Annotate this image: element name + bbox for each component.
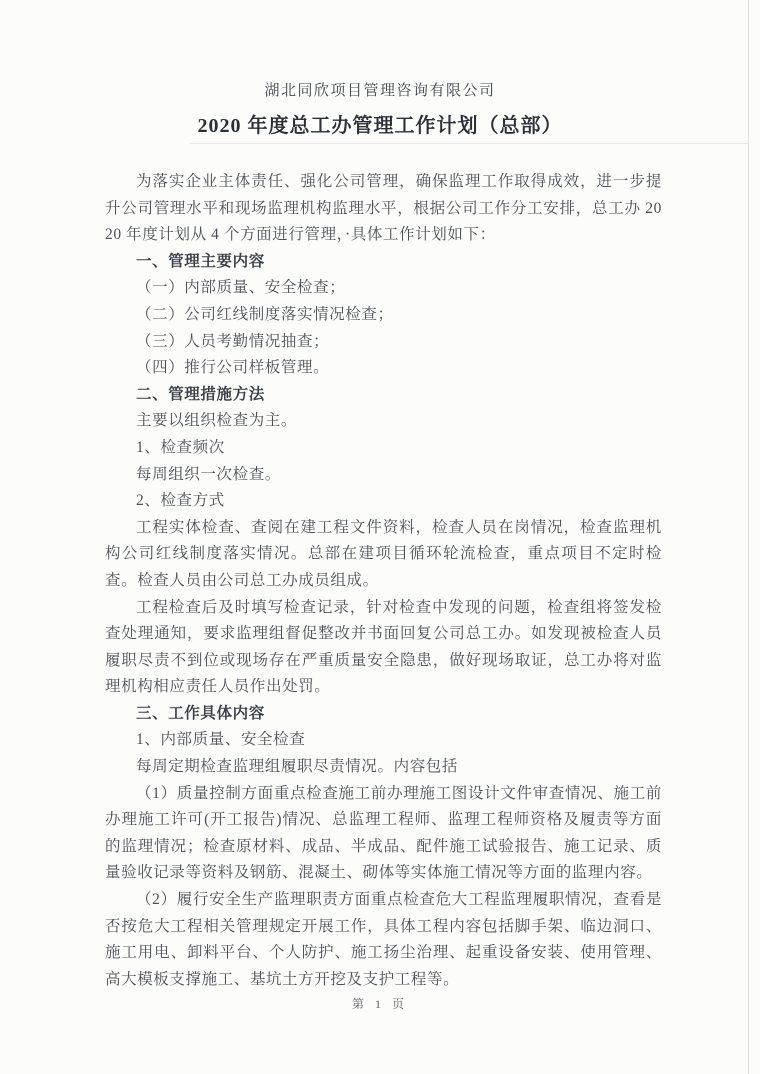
scanned-document-page: 湖北同欣项目管理咨询有限公司 2020 年度总工办管理工作计划（总部） 为落实企…	[0, 0, 760, 1074]
intro-paragraph: 为落实企业主体责任、强化公司管理，确保监理工作取得成效，进一步提升公司管理水平和…	[105, 169, 662, 249]
subsection-3-1-paragraph: （1）质量控制方面重点检查施工前办理施工图设计文件审查情况、施工前办理施工许可(…	[105, 781, 662, 887]
subsection-3-1-paragraph: （2）履行安全生产监理职责方面重点检查危大工程监理履职情况，查看是否按危大工程相…	[105, 887, 662, 993]
subsection-2-2-paragraph: 工程实体检查、查阅在建工程文件资料，检查人员在岗情况，检查监理机构公司红线制度落…	[105, 515, 662, 595]
document-title: 2020 年度总工办管理工作计划（总部）	[0, 112, 760, 140]
company-name: 湖北同欣项目管理咨询有限公司	[0, 82, 760, 101]
document-body: 为落实企业主体责任、强化公司管理，确保监理工作取得成效，进一步提升公司管理水平和…	[105, 169, 662, 993]
section-2-lead: 主要以组织检查为主。	[105, 408, 662, 435]
subsection-2-2-paragraph: 工程检查后及时填写检查记录，针对检查中发现的问题，检查组将签发检查处理通知，要求…	[105, 595, 662, 701]
list-item: （二）公司红线制度落实情况检查；	[105, 302, 662, 329]
section-1-heading: 一、管理主要内容	[105, 249, 662, 276]
subsection-2-1-heading: 1、检查频次	[105, 435, 662, 462]
list-item: （一）内部质量、安全检查；	[105, 275, 662, 302]
subsection-2-1-paragraph: 每周组织一次检查。	[105, 462, 662, 489]
section-3-heading: 三、工作具体内容	[105, 701, 662, 728]
page-number: 第 1 页	[0, 995, 760, 1012]
list-item: （三）人员考勤情况抽查；	[105, 329, 662, 356]
subsection-3-1-lead: 每周定期检查监理组履职尽责情况。内容包括	[105, 754, 662, 781]
subsection-3-1-heading: 1、内部质量、安全检查	[105, 727, 662, 754]
scan-artifact-line-horizontal	[190, 143, 748, 144]
scan-edge-line-vertical	[748, 0, 749, 1074]
subsection-2-2-heading: 2、检查方式	[105, 488, 662, 515]
section-2-heading: 二、管理措施方法	[105, 382, 662, 409]
list-item: （四）推行公司样板管理。	[105, 355, 662, 382]
